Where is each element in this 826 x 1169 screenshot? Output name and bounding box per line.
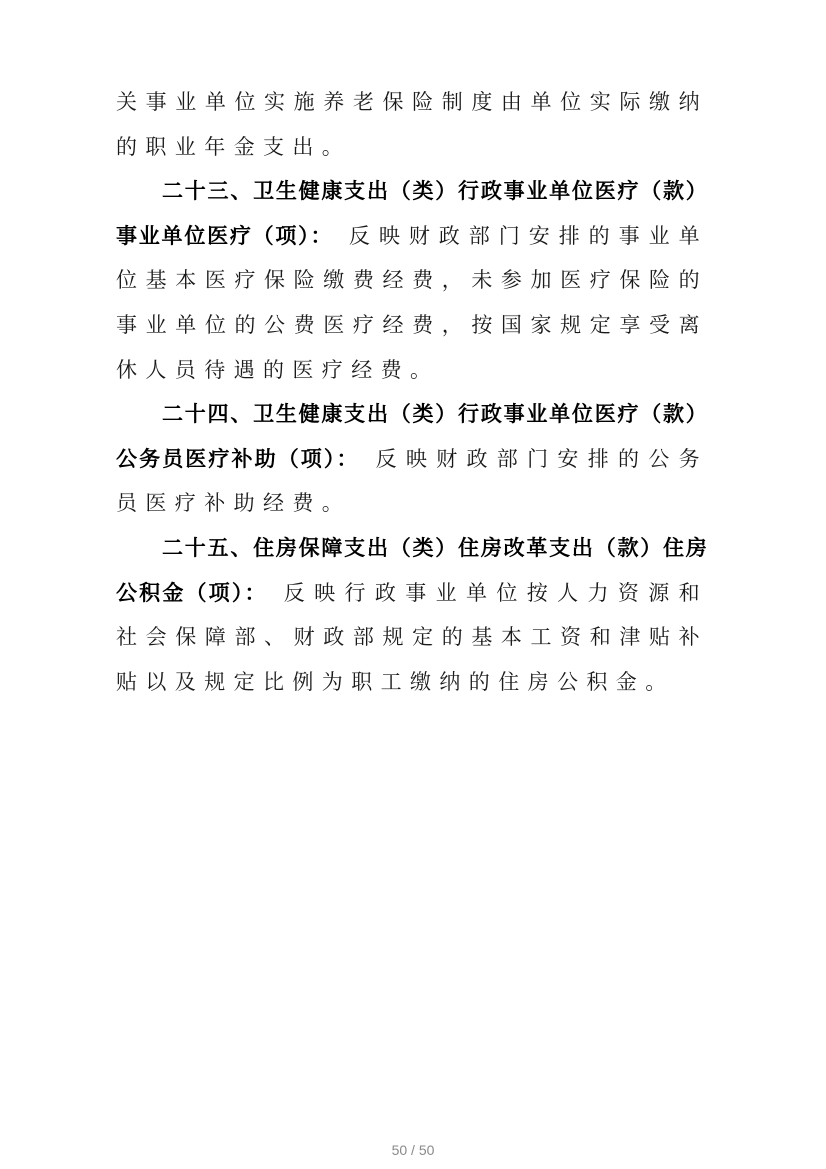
continuation-paragraph: 关事业单位实施养老保险制度由单位实际缴纳的职业年金支出。 — [116, 80, 708, 169]
section-24: 二十四、卫生健康支出（类）行政事业单位医疗（款）公务员医疗补助（项）： 反映财政… — [116, 392, 708, 526]
page-number-indicator: 50 / 50 — [0, 1142, 826, 1158]
section-23: 二十三、卫生健康支出（类）行政事业单位医疗（款）事业单位医疗（项）： 反映财政部… — [116, 169, 708, 392]
document-page: 关事业单位实施养老保险制度由单位实际缴纳的职业年金支出。 二十三、卫生健康支出（… — [116, 80, 708, 704]
section-25: 二十五、住房保障支出（类）住房改革支出（款）住房公积金（项）： 反映行政事业单位… — [116, 526, 708, 704]
continuation-text: 关事业单位实施养老保险制度由单位实际缴纳的职业年金支出。 — [116, 90, 708, 159]
